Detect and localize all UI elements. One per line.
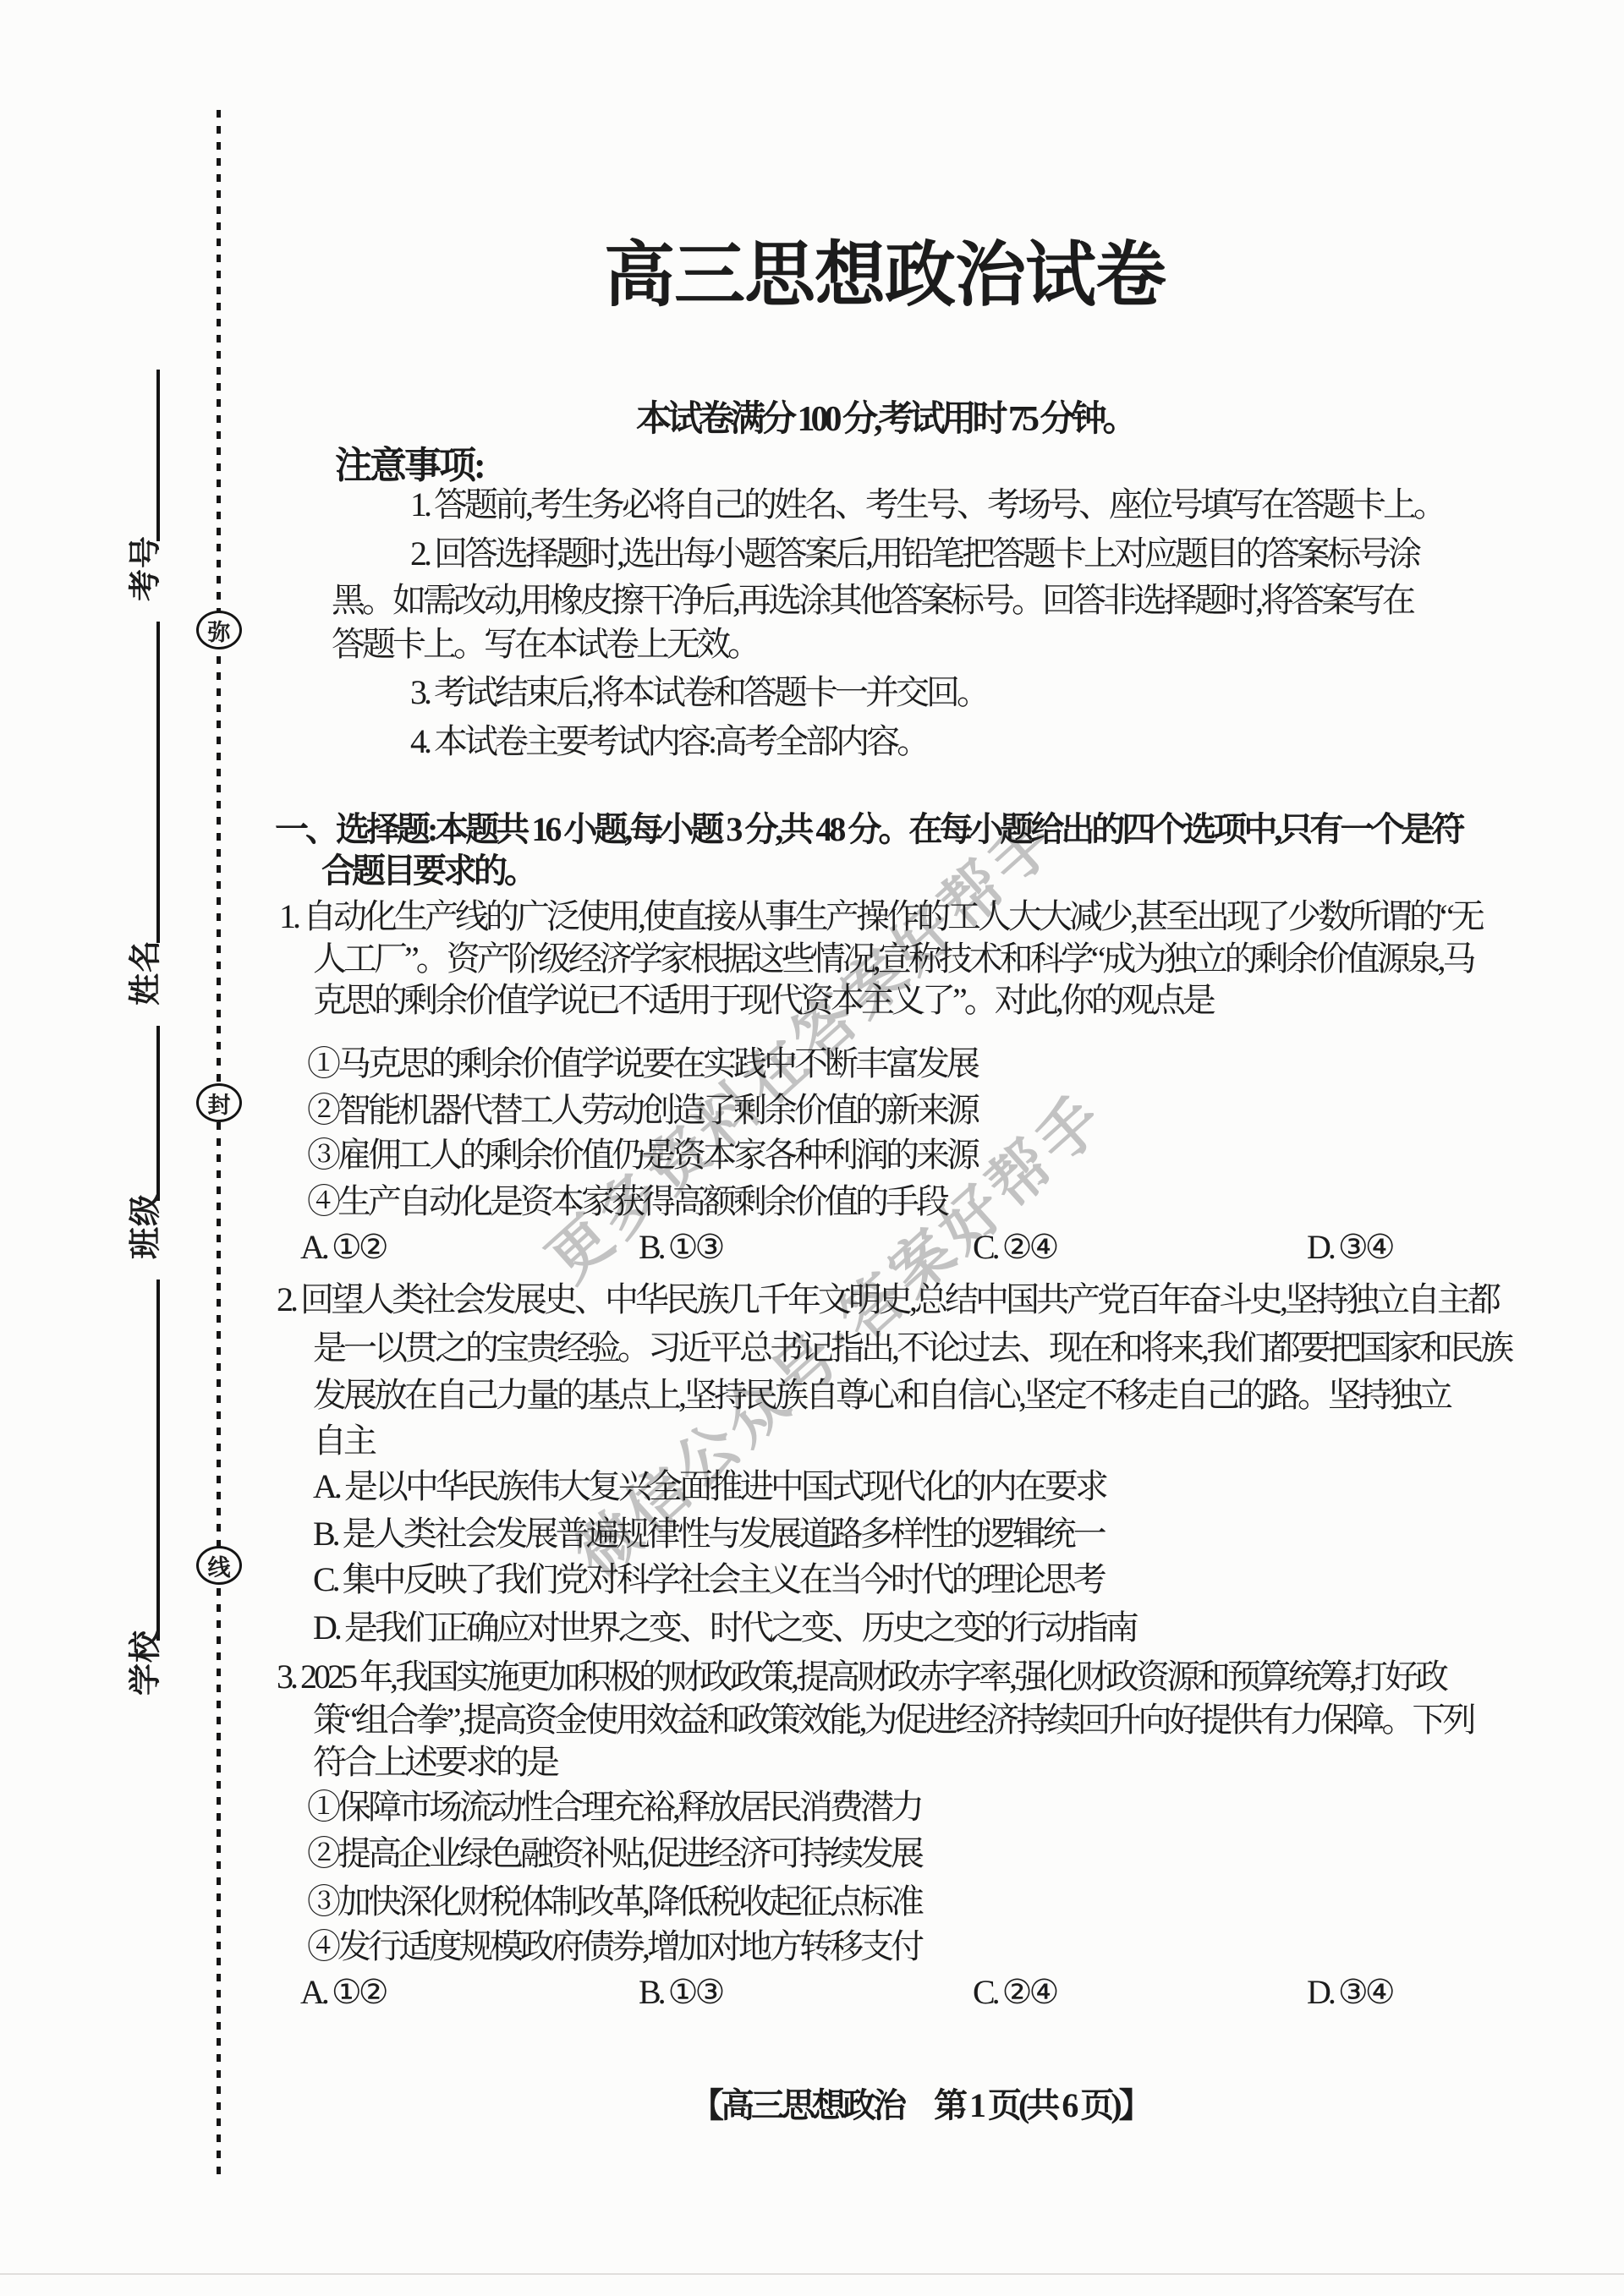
margin-label-class: 班级 — [119, 1193, 166, 1259]
notice-line: 答题卡上。写在本试卷上无效。 — [332, 625, 758, 664]
question-3-statement: ③加快深化财税体制改革,降低税收起征点标准 — [307, 1882, 921, 1921]
seal-dashed-line — [217, 110, 221, 2178]
question-1-statement: ①马克思的剩余价值学说要在实践中不断丰富发展 — [307, 1044, 977, 1083]
notice-line: 4. 本试卷主要考试内容:高考全部内容。 — [410, 722, 927, 761]
question-2-option-b: B. 是人类社会发展普遍规律性与发展道路多样性的逻辑统一 — [313, 1515, 1104, 1553]
question-2-line: 是一以贯之的宝贵经验。习近平总书记指出,不论过去、现在和将来,我们都要把国家和民… — [313, 1329, 1511, 1367]
notice-line: 黑。如需改动,用橡皮擦干净后,再选涂其他答案标号。回答非选择题时,将答案写在 — [332, 581, 1413, 620]
question-3-choice-d: D. ③④ — [1307, 1973, 1392, 2012]
question-2-line: 发展放在自己力量的基点上,坚持民族自尊心和自信心,坚定不移走自己的路。坚持独立 — [313, 1376, 1450, 1415]
question-2-option-a: A. 是以中华民族伟大复兴全面推进中国式现代化的内在要求 — [313, 1467, 1106, 1506]
question-1-choice-d: D. ③④ — [1307, 1228, 1392, 1267]
question-2-option-c: C. 集中反映了我们党对科学社会主义在当今时代的理论思考 — [313, 1560, 1104, 1599]
question-3-line: 策“组合拳”,提高资金使用效益和政策效能,为促进经济持续回升向好提供有力保障。下… — [313, 1701, 1473, 1740]
scan-bottom-edge — [0, 2273, 1624, 2275]
question-3-line: 3. 2025 年,我国实施更加积极的财政政策,提高财政赤字率,强化财政资源和预… — [277, 1658, 1446, 1696]
exam-paper-page: 更多资料在答案好帮手 微信公众号·答案好帮手 考号 姓名 班级 学校 弥 封 线… — [0, 0, 1624, 2296]
question-2-option-d: D. 是我们正确应对世界之变、时代之变、历史之变的行动指南 — [313, 1608, 1136, 1647]
question-1-line: 克思的剩余价值学说已不适用于现代资本主义了”。对此,你的观点是 — [313, 981, 1213, 1020]
question-3-choice-a: A. ①② — [300, 1973, 386, 2012]
question-3-line: 符合上述要求的是 — [313, 1743, 557, 1782]
question-3-choice-b: B. ①③ — [639, 1973, 721, 2012]
margin-label-school: 学校 — [119, 1630, 166, 1696]
question-1-choice-c: C. ②④ — [973, 1228, 1056, 1267]
question-1-choice-b: B. ①③ — [639, 1228, 721, 1267]
write-blank-line-4 — [156, 1280, 160, 1641]
notice-heading: 注意事项: — [335, 435, 484, 489]
question-1-line: 1. 自动化生产线的广泛使用,使直接从事生产操作的工人大大减少,甚至出现了少数所… — [279, 897, 1482, 936]
question-1-statement: ②智能机器代替工人劳动创造了剩余价值的新来源 — [307, 1091, 977, 1130]
page-footer: 【高三思想政治 第 1 页(共 6 页)】 — [690, 2079, 1149, 2127]
question-1-statement: ③雇佣工人的剩余价值仍是资本家各种利润的来源 — [307, 1136, 977, 1175]
question-1-line: 人工厂”。资产阶级经济学家根据这些情况,宣称技术和科学“成为独立的剩余价值源泉,… — [313, 940, 1473, 978]
write-blank-line-2 — [156, 622, 160, 943]
question-3-statement: ①保障市场流动性合理充裕,释放居民消费潜力 — [307, 1788, 921, 1827]
write-blank-line-3 — [156, 1026, 160, 1201]
question-1-choice-a: A. ①② — [300, 1228, 386, 1267]
notice-line: 3. 考试结束后,将本试卷和答题卡一并交回。 — [410, 673, 987, 712]
question-2-line: 2. 回望人类社会发展史、中华民族几千年文明史,总结中国共产党百年奋斗史,坚持独… — [277, 1280, 1498, 1319]
question-3-statement: ②提高企业绿色融资补贴,促进经济可持续发展 — [307, 1834, 921, 1873]
write-blank-line-1 — [156, 370, 160, 541]
margin-label-name: 姓名 — [119, 940, 166, 1006]
margin-label-exam-number: 考号 — [119, 535, 166, 601]
seal-char-mi: 弥 — [196, 611, 242, 649]
seal-char-xian: 线 — [196, 1546, 242, 1585]
section-header: 一、选择题:本题共 16 小题,每小题 3 分,共 48 分。在每小题给出的四个… — [275, 810, 1462, 849]
question-1-statement: ④生产自动化是资本家获得高额剩余价值的手段 — [307, 1182, 946, 1221]
section-header: 合题目要求的。 — [321, 852, 535, 890]
question-3-choice-c: C. ②④ — [973, 1973, 1056, 2012]
question-2-line: 自主 — [313, 1422, 374, 1460]
seal-char-feng: 封 — [196, 1083, 242, 1122]
question-3-statement: ④发行适度规模政府债券,增加对地方转移支付 — [307, 1927, 921, 1966]
notice-line: 1. 答题前,考生务必将自己的姓名、考生号、考场号、座位号填写在答题卡上。 — [410, 485, 1444, 524]
page-subtitle: 本试卷满分 100 分,考试用时 75 分钟。 — [636, 391, 1134, 441]
notice-line: 2. 回答选择题时,选出每小题答案后,用铅笔把答题卡上对应题目的答案标号涂 — [410, 534, 1418, 573]
page-title: 高三思想政治试卷 — [604, 218, 1166, 321]
